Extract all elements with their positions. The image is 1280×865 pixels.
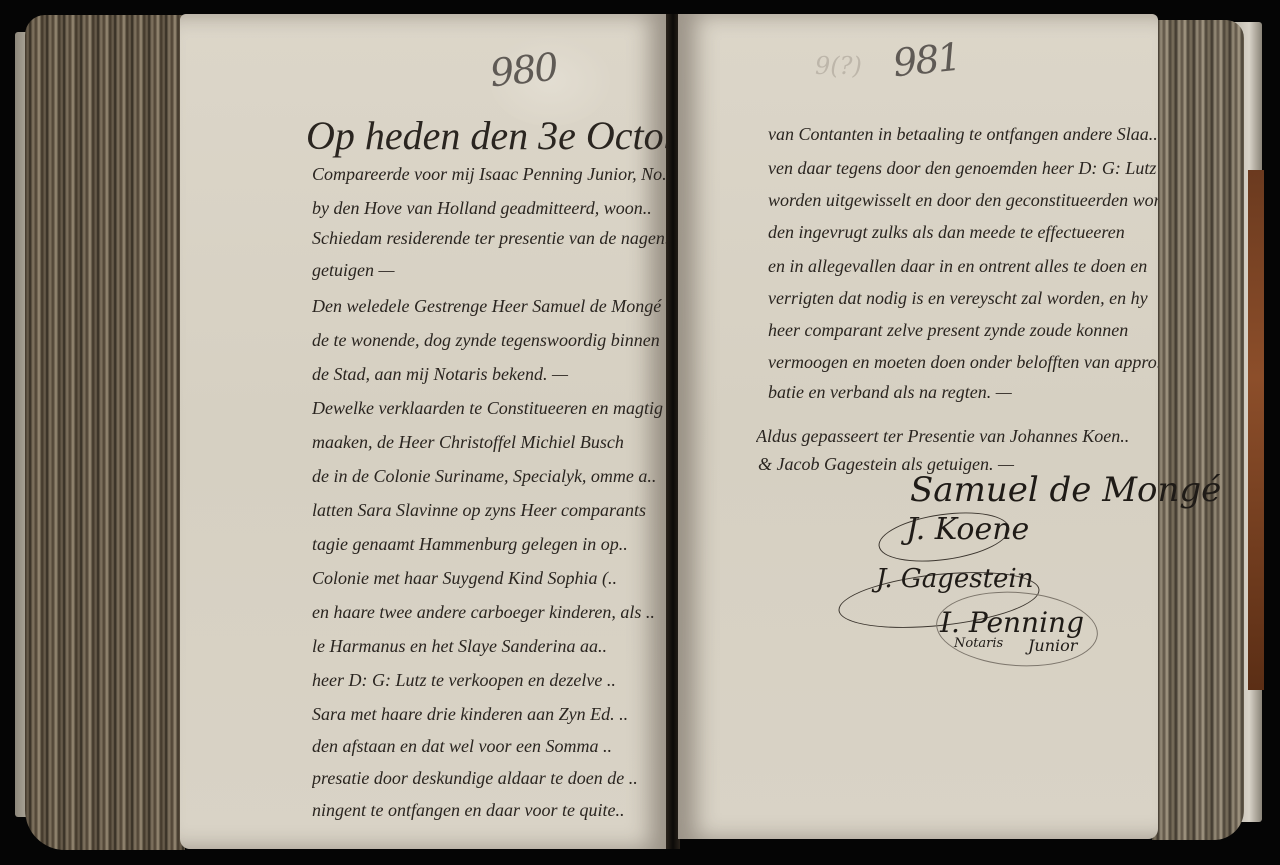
text-line: by den Hove van Holland geadmitteerd, wo… <box>312 198 668 219</box>
text-line: vermoogen en moeten doen onder belofften… <box>768 352 1158 373</box>
faint-ghost-mark: 9(?) <box>815 52 862 80</box>
text-line: Dewelke verklaarden te Constitueeren en … <box>312 398 668 419</box>
text-line: tagie genaamt Hammenburg gelegen in op.. <box>312 534 668 555</box>
text-line: getuigen — <box>312 260 668 281</box>
left-folio-number: 980 <box>488 45 559 96</box>
text-line: van Contanten in betaaling te ontfangen … <box>768 124 1158 145</box>
text-line: maaken, de Heer Christoffel Michiel Busc… <box>312 432 668 453</box>
text-line: de in de Colonie Suriname, Specialyk, om… <box>312 466 668 487</box>
left-page: 980 Op heden den 3e October 18.. Compare… <box>180 14 668 849</box>
text-line: le Harmanus en het Slaye Sanderina aa.. <box>312 636 668 657</box>
left-page-edges <box>25 15 185 850</box>
text-line: heer D: G: Lutz te verkoopen en dezelve … <box>312 670 668 691</box>
text-line: batie en verband als na regten. — <box>768 382 1158 403</box>
leather-binding-strip <box>1248 170 1264 690</box>
signature-samuel-de-monge: Samuel de Mongé <box>910 470 1221 510</box>
right-page: 9(?) 981 van Contanten in betaaling te o… <box>678 14 1158 839</box>
signature-penning-title: Notaris <box>954 636 1003 651</box>
text-line: ningent te ontfangen en daar voor te qui… <box>312 800 668 821</box>
text-line: Schiedam residerende ter presentie van d… <box>312 228 668 249</box>
text-line: ven daar tegens door den genoemden heer … <box>768 158 1158 179</box>
open-book: 980 Op heden den 3e October 18.. Compare… <box>0 0 1280 865</box>
signature-gagestein: J. Gagestein <box>876 564 1033 594</box>
right-page-edges <box>1152 20 1244 840</box>
text-line: de Stad, aan mij Notaris bekend. — <box>312 364 668 385</box>
signature-penning-suffix: Junior <box>1028 636 1077 655</box>
text-line: den afstaan en dat wel voor een Somma .. <box>312 736 668 757</box>
text-line: worden uitgewisselt en door den geconsti… <box>768 190 1158 211</box>
text-line: latten Sara Slavinne op zyns Heer compar… <box>312 500 668 521</box>
text-line: de te wonende, dog zynde tegenswoordig b… <box>312 330 668 351</box>
signature-penning: I. Penning <box>940 606 1084 639</box>
text-line: den ingevrugt zulks als dan meede te eff… <box>768 222 1158 243</box>
text-line: Den weledele Gestrenge Heer Samuel de Mo… <box>312 296 668 317</box>
text-line: en in allegevallen daar in en ontrent al… <box>768 256 1158 277</box>
right-folio-number: 981 <box>891 35 962 86</box>
closing-line: Aldus gepasseert ter Presentie van Johan… <box>756 426 1156 447</box>
text-line: Sara met haare drie kinderen aan Zyn Ed.… <box>312 704 668 725</box>
text-line: Compareerde voor mij Isaac Penning Junio… <box>312 164 668 185</box>
signature-koene: J. Koene <box>906 512 1029 547</box>
text-line: Colonie met haar Suygend Kind Sophia (.. <box>312 568 668 589</box>
text-line: heer comparant zelve present zynde zoude… <box>768 320 1158 341</box>
text-line: verrigten dat nodig is en vereyscht zal … <box>768 288 1158 309</box>
heading: Op heden den 3e October 18.. <box>306 112 668 159</box>
text-line: en haare twee andere carboeger kinderen,… <box>312 602 668 623</box>
text-line: presatie door deskundige aldaar te doen … <box>312 768 668 789</box>
